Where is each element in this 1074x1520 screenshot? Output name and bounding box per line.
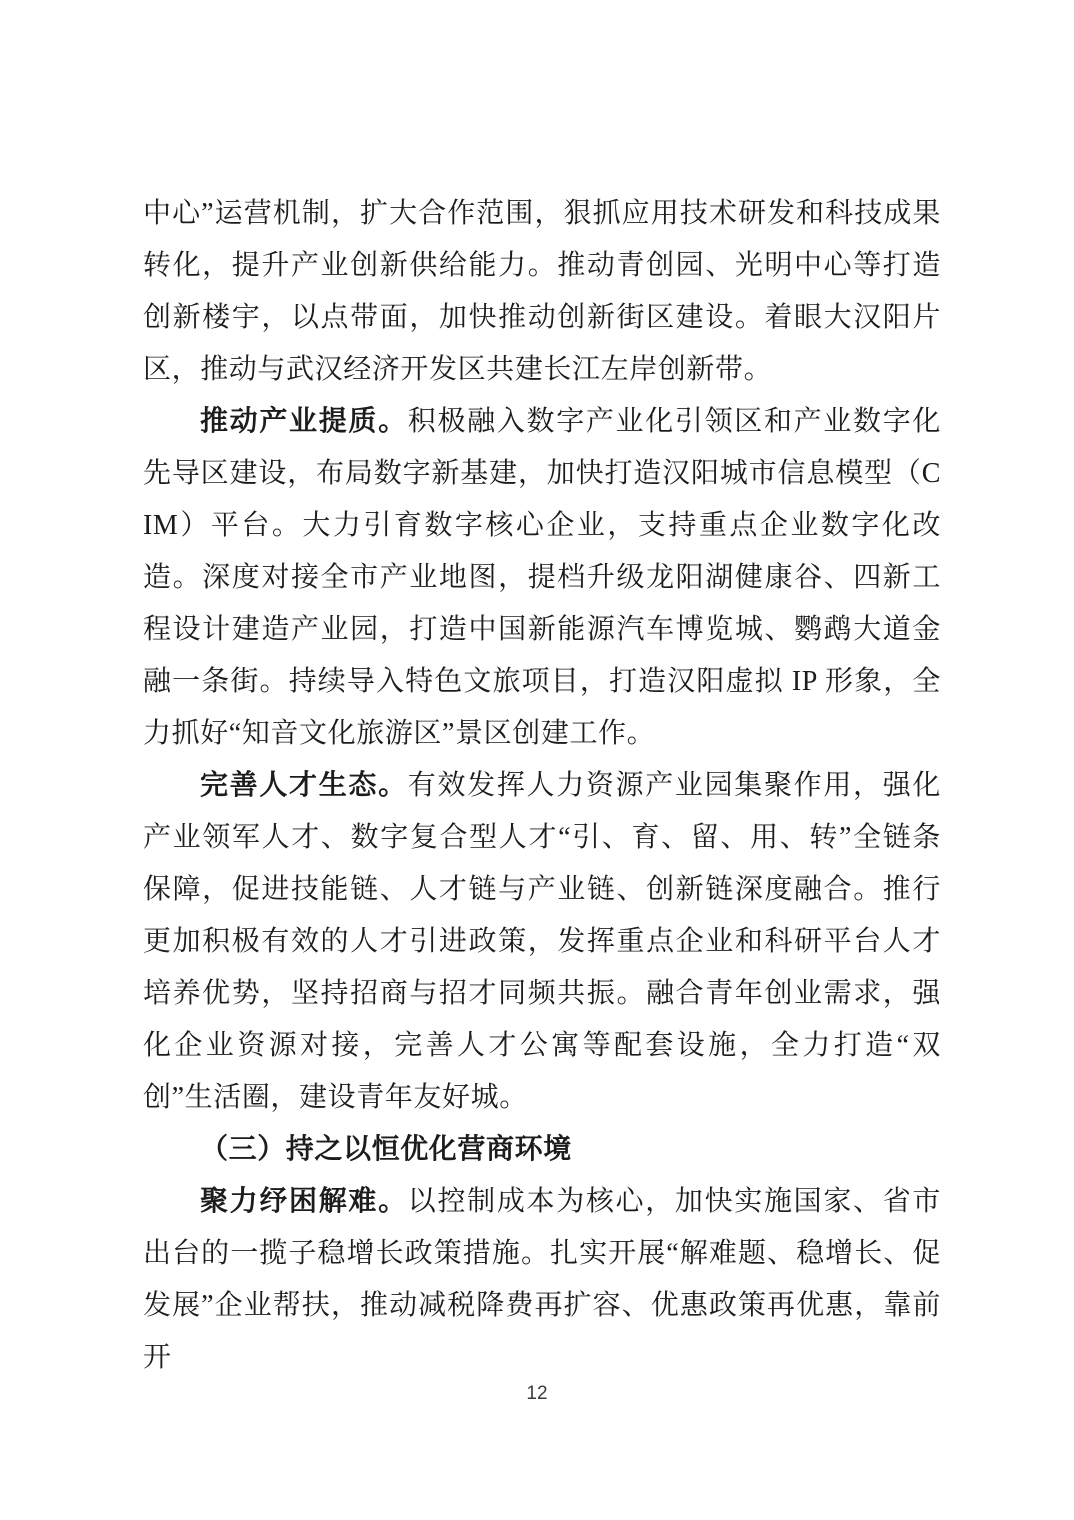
paragraph-lead: 推动产业提质。	[200, 406, 408, 437]
paragraph: 聚力纾困解难。以控制成本为核心，加快实施国家、省市出台的一揽子稳增长政策措施。扎…	[143, 1176, 941, 1384]
section-heading: （三）持之以恒优化营商环境	[143, 1124, 941, 1176]
paragraph: 中心”运营机制，扩大合作范围，狠抓应用技术研发和科技成果转化，提升产业创新供给能…	[143, 188, 941, 396]
paragraph-lead: （三）持之以恒优化营商环境	[200, 1134, 572, 1165]
page-footer: 12	[0, 1383, 1074, 1405]
text-run: 有效发挥人力资源产业园集聚作用，强化产业领军人才、数字复合型人才“引、育、留、用…	[143, 770, 941, 1113]
document-body: 中心”运营机制，扩大合作范围，狠抓应用技术研发和科技成果转化，提升产业创新供给能…	[143, 188, 941, 1384]
page-number: 12	[526, 1383, 547, 1404]
paragraph-lead: 聚力纾困解难。	[200, 1186, 408, 1217]
document-page: { "document": { "blocks": [ { "type": "b…	[0, 0, 1074, 1520]
paragraph: 完善人才生态。有效发挥人力资源产业园集聚作用，强化产业领军人才、数字复合型人才“…	[143, 760, 941, 1124]
text-run: 积极融入数字产业化引领区和产业数字化先导区建设，布局数字新基建，加快打造汉阳城市…	[143, 406, 941, 749]
paragraph-lead: 完善人才生态。	[200, 770, 408, 801]
text-run: 中心”运营机制，扩大合作范围，狠抓应用技术研发和科技成果转化，提升产业创新供给能…	[143, 198, 941, 385]
paragraph: 推动产业提质。积极融入数字产业化引领区和产业数字化先导区建设，布局数字新基建，加…	[143, 396, 941, 760]
